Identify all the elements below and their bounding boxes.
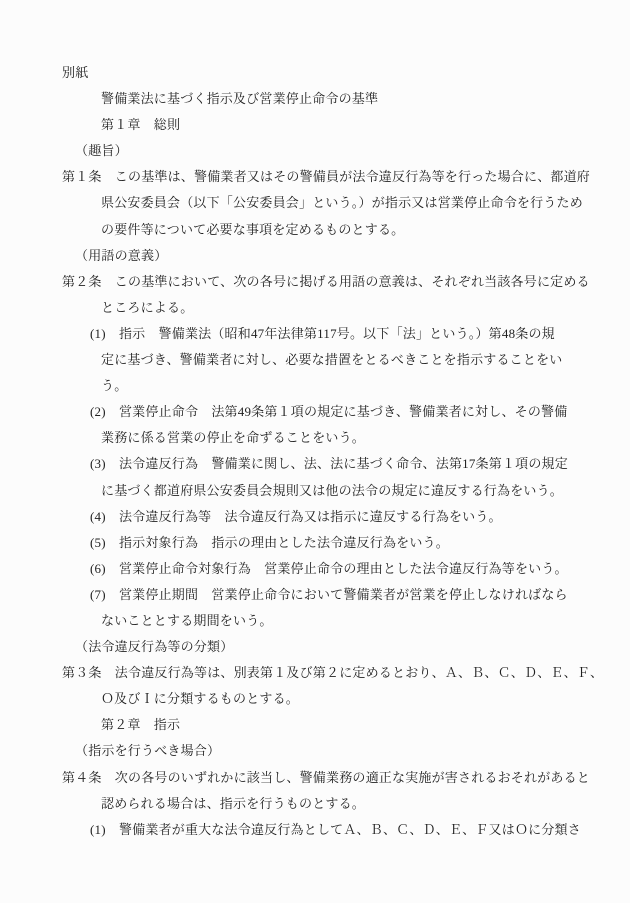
item-continuation-line: う。 xyxy=(0,373,630,399)
section-caption-line: （趣旨） xyxy=(0,138,630,164)
document-page: 別紙警備業法に基づく指示及び営業停止命令の基準第１章 総則（趣旨）第１条 この基… xyxy=(0,0,630,903)
continuation-line: 県公安委員会（以下「公安委員会」という。）が指示又は営業停止命令を行うため xyxy=(0,190,630,216)
item-line: (1) 指示 警備業法（昭和47年法律第117号。以下「法」という。）第48条の… xyxy=(0,321,630,347)
continuation-line: Ｏ及びＩに分類するものとする。 xyxy=(0,686,630,712)
item-line: (1) 警備業者が重大な法令違反行為としてＡ、Ｂ、Ｃ、Ｄ、Ｅ、Ｆ又はＯに分類さ xyxy=(0,817,630,843)
item-line: (5) 指示対象行為 指示の理由とした法令違反行為をいう。 xyxy=(0,530,630,556)
item-continuation-line: に基づく都道府県公安委員会規則又は他の法令の規定に違反する行為をいう。 xyxy=(0,478,630,504)
section-caption-line: （法令違反行為等の分類） xyxy=(0,634,630,660)
item-line: (6) 営業停止命令対象行為 営業停止命令の理由とした法令違反行為等をいう。 xyxy=(0,556,630,582)
item-line: (3) 法令違反行為 警備業に関し、法、法に基づく命令、法第17条第１項の規定 xyxy=(0,451,630,477)
item-line: (4) 法令違反行為等 法令違反行為又は指示に違反する行為をいう。 xyxy=(0,504,630,530)
article-line: 第１条 この基準は、警備業者又はその警備員が法令違反行為等を行った場合に、都道府 xyxy=(0,164,630,190)
section-caption-line: （指示を行うべき場合） xyxy=(0,738,630,764)
item-line: (2) 営業停止命令 法第49条第１項の規定に基づき、警備業者に対し、その警備 xyxy=(0,399,630,425)
attachment-label-line: 別紙 xyxy=(0,60,630,86)
chapter-heading-line: 第１章 総則 xyxy=(0,112,630,138)
document-body: 別紙警備業法に基づく指示及び営業停止命令の基準第１章 総則（趣旨）第１条 この基… xyxy=(0,60,630,843)
chapter-heading-line: 第２章 指示 xyxy=(0,712,630,738)
section-caption-line: （用語の意義） xyxy=(0,243,630,269)
article-line: 第３条 法令違反行為等は、別表第１及び第２に定めるとおり、Ａ、Ｂ、Ｃ、Ｄ、Ｅ、Ｆ… xyxy=(0,660,630,686)
article-line: 第２条 この基準において、次の各号に掲げる用語の意義は、それぞれ当該各号に定める xyxy=(0,269,630,295)
continuation-line: の要件等について必要な事項を定めるものとする。 xyxy=(0,217,630,243)
item-continuation-line: ないこととする期間をいう。 xyxy=(0,608,630,634)
article-line: 第４条 次の各号のいずれかに該当し、警備業務の適正な実施が害されるおそれがあると xyxy=(0,765,630,791)
item-continuation-line: 定に基づき、警備業者に対し、必要な措置をとるべきことを指示することをい xyxy=(0,347,630,373)
document-title-line: 警備業法に基づく指示及び営業停止命令の基準 xyxy=(0,86,630,112)
continuation-line: ところによる。 xyxy=(0,295,630,321)
item-line: (7) 営業停止期間 営業停止命令において警備業者が営業を停止しなければなら xyxy=(0,582,630,608)
continuation-line: 認められる場合は、指示を行うものとする。 xyxy=(0,791,630,817)
item-continuation-line: 業務に係る営業の停止を命ずることをいう。 xyxy=(0,425,630,451)
